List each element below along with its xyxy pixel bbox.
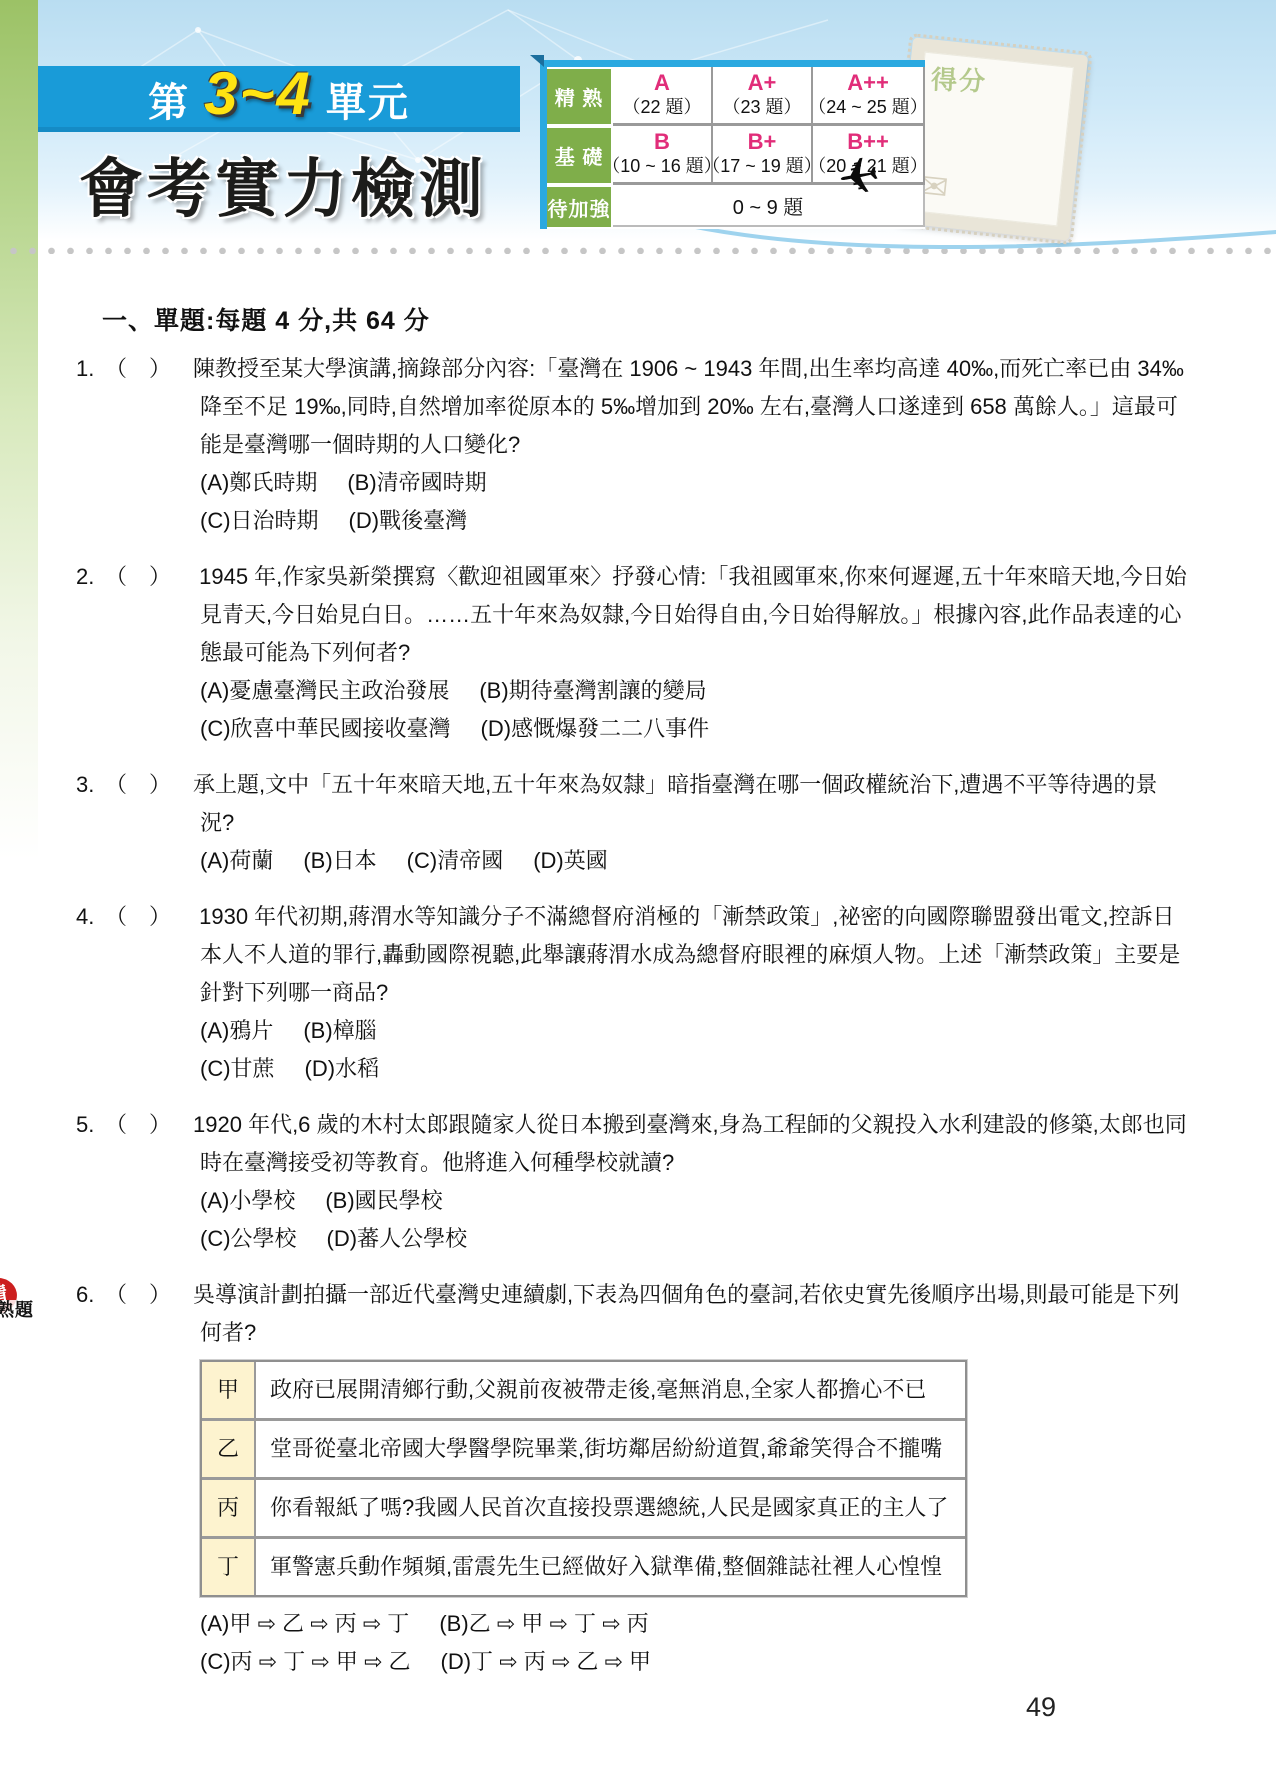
question-number: 4.: [171, 898, 193, 936]
grade-letter: B+: [748, 130, 777, 154]
option-d: (D)戰後臺灣: [349, 508, 468, 533]
grade-cell: A （22 題）: [613, 67, 713, 126]
option-d: (D)蕃人公學校: [327, 1226, 468, 1251]
answer-bracket: （ ）: [105, 904, 171, 929]
grade-count: （17 ~ 19 題）: [702, 154, 822, 178]
table-row-text: 政府已展開清鄉行動,父親前夜被帶走後,毫無消息,全家人都擔心不已: [256, 1362, 965, 1418]
table-row: 丙 你看報紙了嗎?我國人民首次直接投票選總統,人民是國家真正的主人了: [202, 1480, 965, 1539]
option-c: (C)甘蔗: [200, 1056, 275, 1081]
option-b: (B)國民學校: [325, 1188, 442, 1213]
page-title: 會考實力檢測: [44, 138, 522, 230]
options-line: (A)小學校(B)國民學校: [200, 1182, 1191, 1220]
score-stamp-inner: 得分 ✉: [908, 52, 1074, 227]
option-c: (C)日治時期: [200, 508, 319, 533]
question-number: 6.: [171, 1276, 193, 1314]
question-stem: （ ）2. 1945 年,作家吳新榮撰寫〈歡迎祖國軍來〉抒發心情:「我祖國軍來,…: [200, 558, 1191, 672]
question-number: 5.: [171, 1106, 193, 1144]
question-number: 3.: [171, 766, 193, 804]
answer-bracket: （ ）: [105, 1282, 171, 1307]
grade-count: （23 題）: [722, 95, 801, 119]
table-row-text: 堂哥從臺北帝國大學醫學院畢業,街坊鄰居紛紛道賀,爺爺笑得合不攏嘴: [256, 1421, 965, 1477]
question-3: （ ）3.承上題,文中「五十年來暗天地,五十年來為奴隸」暗指臺灣在哪一個政權統治…: [105, 766, 1191, 880]
question-1: （ ）1.陳教授至某大學演講,摘錄部分內容:「臺灣在 1906 ~ 1943 年…: [105, 350, 1191, 540]
question-6: 精 熟題 （ ）6.吳導演計劃拍攝一部近代臺灣史連續劇,下表為四個角色的臺詞,若…: [105, 1276, 1191, 1681]
option-d: (D)英國: [533, 848, 608, 873]
option-d: (D)水稻: [305, 1056, 380, 1081]
option-a: (A)甲 ⇨ 乙 ⇨ 丙 ⇨ 丁: [200, 1611, 409, 1636]
table-row-key: 乙: [202, 1421, 256, 1477]
grade-cell: A+ （23 題）: [713, 67, 813, 126]
exam-content: 一、單題:每題 4 分,共 64 分 （ ）1.陳教授至某大學演講,摘錄部分內容…: [0, 302, 1276, 1699]
question-2: （ ）2. 1945 年,作家吳新榮撰寫〈歡迎祖國軍來〉抒發心情:「我祖國軍來,…: [105, 558, 1191, 748]
table-row: 甲 政府已展開清鄉行動,父親前夜被帶走後,毫無消息,全家人都擔心不已: [202, 1362, 965, 1421]
answer-bracket: （ ）: [105, 772, 171, 797]
table-row-text: 軍警憲兵動作頻頻,雷震先生已經做好入獄準備,整個雜誌社裡人心惶惶: [256, 1539, 965, 1595]
option-b: (B)期待臺灣割讓的變局: [479, 678, 706, 703]
options-line: (C)日治時期(D)戰後臺灣: [200, 502, 1191, 540]
grade-cell: B （10 ~ 16 題）: [613, 126, 713, 185]
section-heading: 一、單題:每題 4 分,共 64 分: [102, 302, 1276, 340]
page-number: 49: [1026, 1692, 1056, 1723]
option-c: (C)清帝國: [407, 848, 504, 873]
question-stem: （ ）5.1920 年代,6 歲的木村太郎跟隨家人從日本搬到臺灣來,身為工程師的…: [200, 1106, 1191, 1182]
option-a: (A)憂慮臺灣民主政治發展: [200, 678, 449, 703]
option-b: (B)清帝國時期: [347, 470, 486, 495]
unit-suffix: 單元: [326, 71, 410, 128]
unit-number: 3~4: [204, 59, 312, 128]
option-a: (A)荷蘭: [200, 848, 273, 873]
options-line: (A)甲 ⇨ 乙 ⇨ 丙 ⇨ 丁(B)乙 ⇨ 甲 ⇨ 丁 ⇨ 丙: [200, 1605, 1191, 1643]
options-line: (C)甘蔗(D)水稻: [200, 1050, 1191, 1088]
question-stem-text: 1920 年代,6 歲的木村太郎跟隨家人從日本搬到臺灣來,身為工程師的父親投入水…: [193, 1112, 1187, 1175]
drama-table: 甲 政府已展開清鄉行動,父親前夜被帶走後,毫無消息,全家人都擔心不已 乙 堂哥從…: [200, 1360, 967, 1597]
question-stem: （ ）4. 1930 年代初期,蔣渭水等知識分子不滿總督府消極的「漸禁政策」,祕…: [200, 898, 1191, 1012]
question-stem-text: 吳導演計劃拍攝一部近代臺灣史連續劇,下表為四個角色的臺詞,若依史實先後順序出場,…: [193, 1282, 1179, 1345]
option-c: (C)丙 ⇨ 丁 ⇨ 甲 ⇨ 乙: [200, 1649, 411, 1674]
option-b: (B)樟腦: [303, 1018, 376, 1043]
grade-count: （24 ~ 25 題）: [808, 95, 928, 119]
grade-cell: B+ （17 ~ 19 題）: [713, 126, 813, 185]
mastery-badge-text: 熟題: [0, 1300, 34, 1320]
option-b: (B)乙 ⇨ 甲 ⇨ 丁 ⇨ 丙: [439, 1611, 648, 1636]
option-d: (D)丁 ⇨ 丙 ⇨ 乙 ⇨ 甲: [441, 1649, 652, 1674]
table-row: 乙 堂哥從臺北帝國大學醫學院畢業,街坊鄰居紛紛道賀,爺爺笑得合不攏嘴: [202, 1421, 965, 1480]
table-row: 丁 軍警憲兵動作頻頻,雷震先生已經做好入獄準備,整個雜誌社裡人心惶惶: [202, 1539, 965, 1595]
table-row-key: 丙: [202, 1480, 256, 1536]
options-line: (A)鴉片(B)樟腦: [200, 1012, 1191, 1050]
option-a: (A)鄭氏時期: [200, 470, 317, 495]
question-number: 2.: [171, 558, 193, 596]
options-line: (C)公學校(D)蕃人公學校: [200, 1220, 1191, 1258]
question-stem: （ ）6.吳導演計劃拍攝一部近代臺灣史連續劇,下表為四個角色的臺詞,若依史實先後…: [200, 1276, 1191, 1352]
option-b: (B)日本: [303, 848, 376, 873]
option-a: (A)小學校: [200, 1188, 295, 1213]
question-stem: （ ）3.承上題,文中「五十年來暗天地,五十年來為奴隸」暗指臺灣在哪一個政權統治…: [200, 766, 1191, 842]
options-line: (A)荷蘭(B)日本(C)清帝國(D)英國: [200, 842, 1191, 880]
grade-count: （22 題）: [622, 95, 701, 119]
table-row-text: 你看報紙了嗎?我國人民首次直接投票選總統,人民是國家真正的主人了: [256, 1480, 965, 1536]
unit-prefix: 第: [148, 71, 190, 128]
unit-banner: 第 3~4 單元: [38, 66, 520, 132]
answer-bracket: （ ）: [105, 564, 171, 589]
answer-bracket: （ ）: [105, 1112, 171, 1137]
question-5: （ ）5.1920 年代,6 歲的木村太郎跟隨家人從日本搬到臺灣來,身為工程師的…: [105, 1106, 1191, 1258]
option-c: (C)欣喜中華民國接收臺灣: [200, 716, 451, 741]
grade-letter: B: [654, 130, 670, 154]
options-line: (A)鄭氏時期(B)清帝國時期: [200, 464, 1191, 502]
question-number: 1.: [171, 350, 193, 388]
question-stem-text: 承上題,文中「五十年來暗天地,五十年來為奴隸」暗指臺灣在哪一個政權統治下,遭遇不…: [193, 772, 1157, 835]
option-d: (D)感慨爆發二二八事件: [481, 716, 710, 741]
question-4: （ ）4. 1930 年代初期,蔣渭水等知識分子不滿總督府消極的「漸禁政策」,祕…: [105, 898, 1191, 1088]
grade-letter: A++: [847, 71, 889, 95]
grade-letter: A: [654, 71, 670, 95]
options-line: (C)丙 ⇨ 丁 ⇨ 甲 ⇨ 乙(D)丁 ⇨ 丙 ⇨ 乙 ⇨ 甲: [200, 1643, 1191, 1681]
table-row-key: 丁: [202, 1539, 256, 1595]
answer-bracket: （ ）: [105, 356, 171, 381]
question-stem: （ ）1.陳教授至某大學演講,摘錄部分內容:「臺灣在 1906 ~ 1943 年…: [200, 350, 1191, 464]
question-stem-text: 陳教授至某大學演講,摘錄部分內容:「臺灣在 1906 ~ 1943 年間,出生率…: [193, 356, 1184, 457]
mastery-badge: 精 熟題: [0, 1278, 39, 1334]
grade-cell: A++ （24 ~ 25 題）: [813, 67, 925, 126]
grade-letter: A+: [748, 71, 777, 95]
options-line: (A)憂慮臺灣民主政治發展(B)期待臺灣割讓的變局: [200, 672, 1191, 710]
grade-row-label: 待加強: [547, 187, 611, 227]
score-label: 得分: [930, 59, 987, 98]
question-stem-text: 1945 年,作家吳新榮撰寫〈歡迎祖國軍來〉抒發心情:「我祖國軍來,你來何遲遲,…: [193, 564, 1187, 665]
table-row-key: 甲: [202, 1362, 256, 1418]
options-line: (C)欣喜中華民國接收臺灣(D)感慨爆發二二八事件: [200, 710, 1191, 748]
question-stem-text: 1930 年代初期,蔣渭水等知識分子不滿總督府消極的「漸禁政策」,祕密的向國際聯…: [193, 904, 1180, 1005]
grade-row-label: 精 熟: [547, 69, 611, 124]
option-a: (A)鴉片: [200, 1018, 273, 1043]
option-c: (C)公學校: [200, 1226, 297, 1251]
